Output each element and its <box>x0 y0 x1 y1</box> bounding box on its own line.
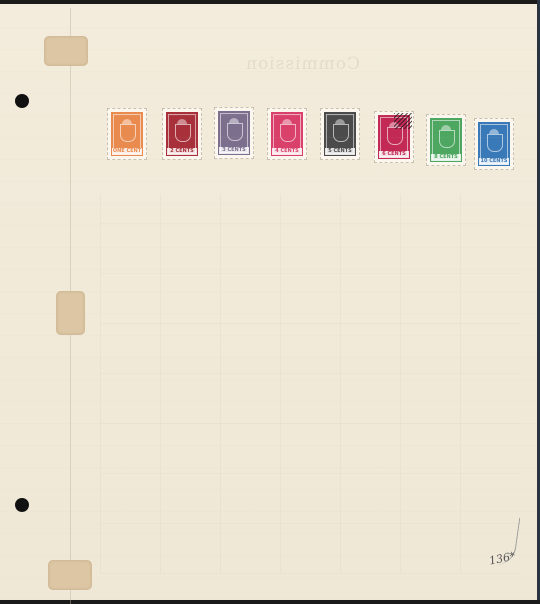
top-left-hinge <box>44 36 88 66</box>
crest-icon <box>439 130 455 148</box>
middle-left-hinge <box>56 291 85 335</box>
stamp: 5 CENTS <box>320 108 360 160</box>
stamp: 3 CENTS <box>214 107 254 159</box>
stamp-design: 2 CENTS <box>166 112 198 156</box>
crest-icon <box>120 124 136 142</box>
faint-grid <box>100 194 520 574</box>
stamp-design: 3 CENTS <box>218 111 250 155</box>
crest-icon <box>227 123 243 141</box>
binder-hole-bottom <box>15 498 29 512</box>
stamp-value: ONE CENT <box>112 148 142 155</box>
binder-hole-top <box>15 94 29 108</box>
stamp-design: ONE CENT <box>111 112 143 156</box>
stamp: 8 CENTS <box>426 114 466 166</box>
stamp-design: 4 CENTS <box>271 112 303 156</box>
crest-icon <box>280 124 296 142</box>
stamp: ONE CENT <box>107 108 147 160</box>
crest-icon <box>487 134 503 152</box>
stamp-value: 10 CENTS <box>479 158 509 165</box>
stamp-value: 8 CENTS <box>431 154 461 161</box>
stamp-value: 3 CENTS <box>219 147 249 154</box>
bottom-left-hinge <box>48 560 92 590</box>
stamp-design: 6 CENTS <box>378 115 410 159</box>
stamp-value: 2 CENTS <box>167 148 197 155</box>
crest-icon <box>387 127 403 145</box>
crest-icon <box>333 124 349 142</box>
stamp: 6 CENTS <box>374 111 414 163</box>
stamp-value: 6 CENTS <box>379 151 409 158</box>
album-page: Commission ONE CENT2 CENTS3 CENTS4 CENTS… <box>0 4 538 600</box>
stamp: 4 CENTS <box>267 108 307 160</box>
stamp-value: 4 CENTS <box>272 148 302 155</box>
stamp-design: 5 CENTS <box>324 112 356 156</box>
stamp-design: 10 CENTS <box>478 122 510 166</box>
stamp-design: 8 CENTS <box>430 118 462 162</box>
stamp: 10 CENTS <box>474 118 514 170</box>
stamp-value: 5 CENTS <box>325 148 355 155</box>
stamp: 2 CENTS <box>162 108 202 160</box>
crest-icon <box>175 124 191 142</box>
page-heading: Commission <box>245 54 360 74</box>
cancellation-mark <box>394 113 412 129</box>
